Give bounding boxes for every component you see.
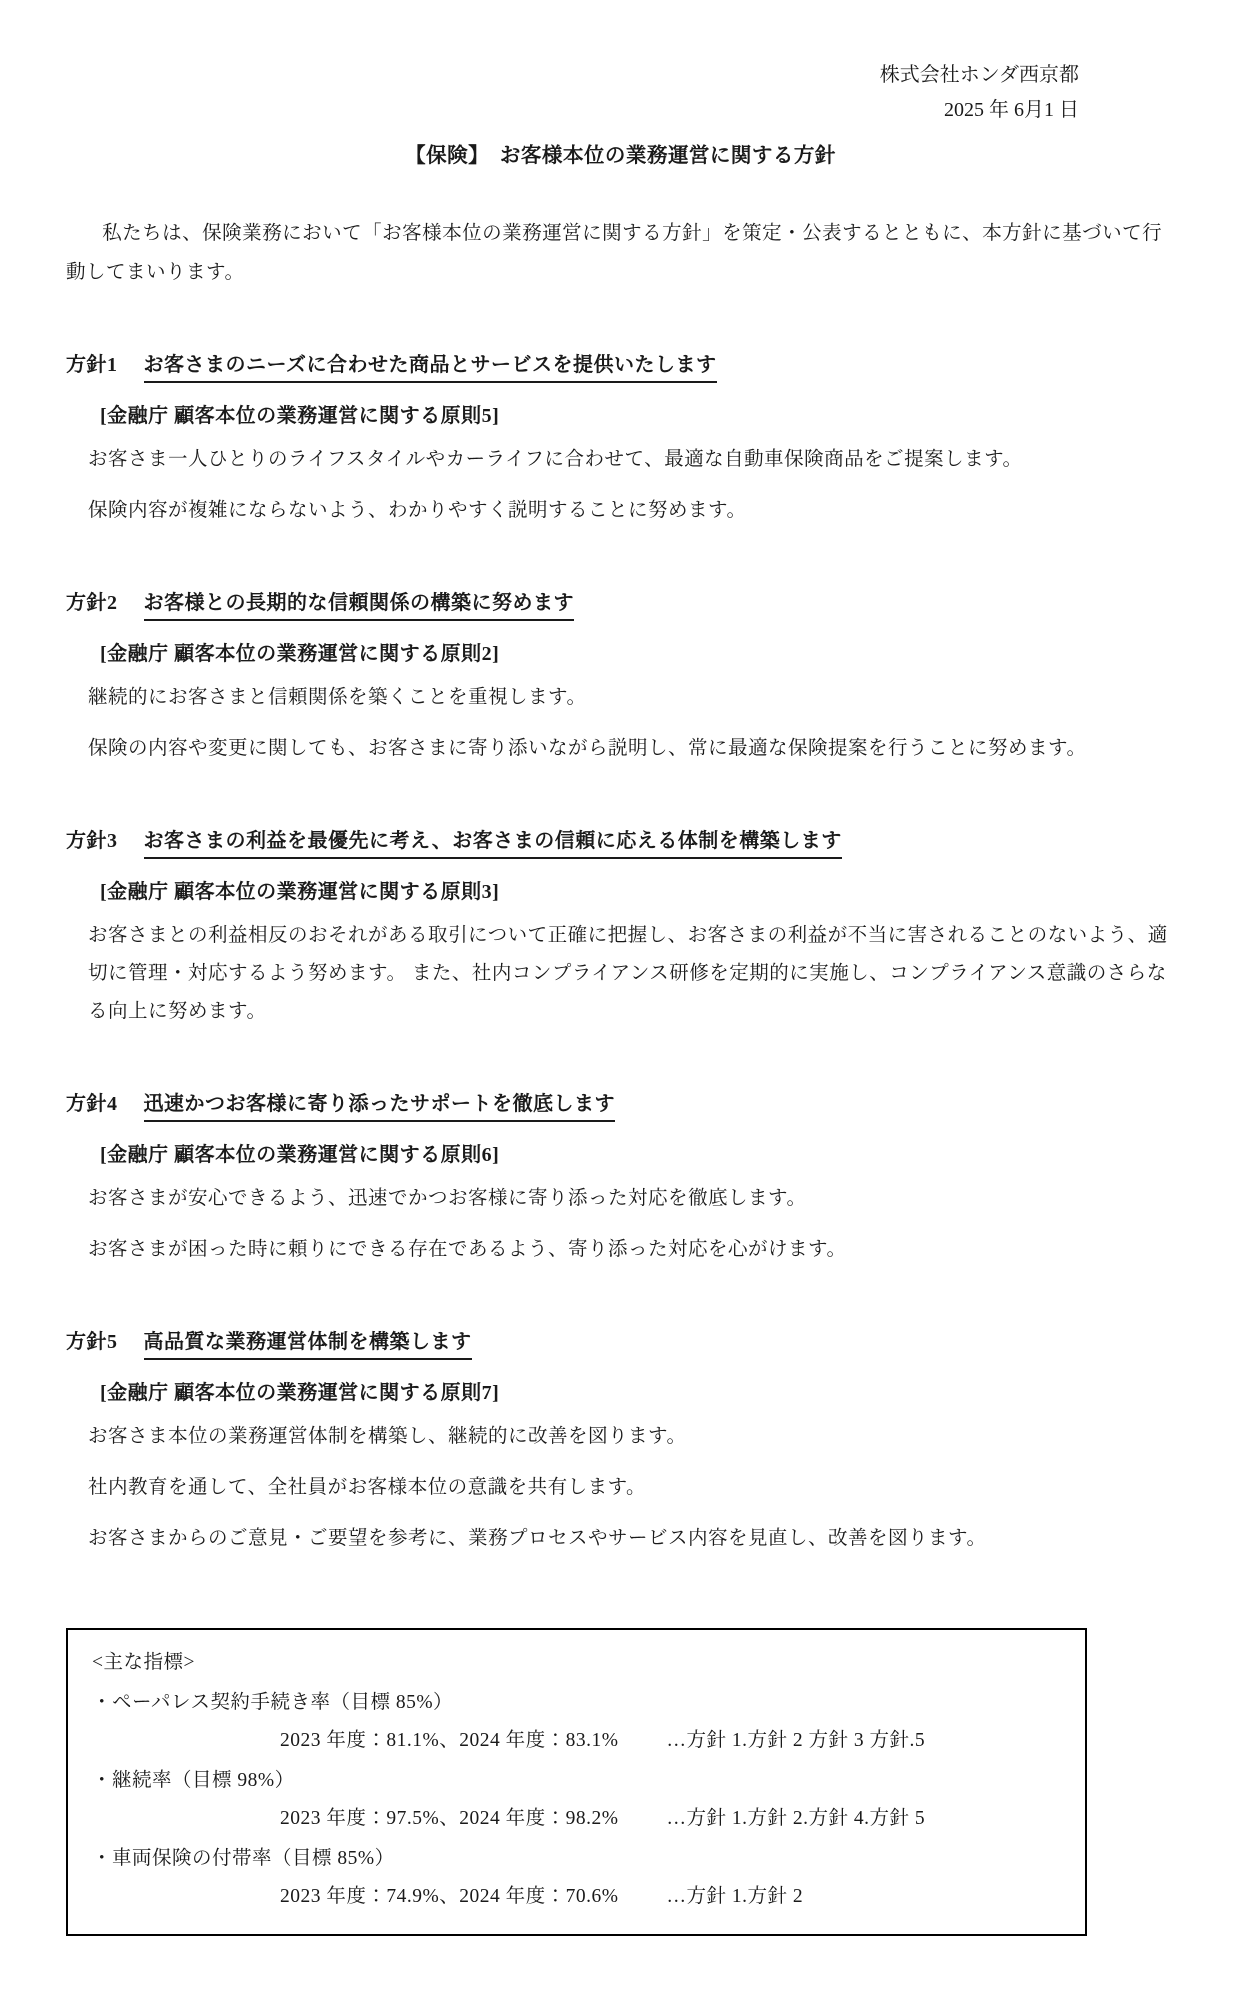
section-body-line: お客さまとの利益相反のおそれがある取引について正確に把握し、お客さまの利益が不当… [88, 917, 1175, 1031]
section-label: 方針1 [66, 348, 118, 377]
indicator-name: ・継続率（目標 98%） [92, 1764, 1061, 1792]
section-heading: 迅速かつお客様に寄り添ったサポートを徹底します [144, 1087, 616, 1122]
section-heading: 高品質な業務運営体制を構築します [144, 1325, 472, 1360]
indicator-values-line: 2023 年度：97.5%、2024 年度：98.2%…方針 1.方針 2.方針… [92, 1802, 1061, 1830]
section-heading: お客様との長期的な信頼関係の構築に努めます [144, 586, 575, 621]
section-head: 方針5高品質な業務運営体制を構築します [66, 1325, 1175, 1360]
indicators-box: <主な指標> ・ペーパレス契約手続き率（目標 85%） 2023 年度：81.1… [66, 1628, 1087, 1936]
section-body: 継続的にお客さまと信頼関係を築くことを重視します。 保険の内容や変更に関しても、… [66, 679, 1175, 768]
indicator-values: 2023 年度：74.9%、2024 年度：70.6% [280, 1886, 619, 1907]
indicators-title: <主な指標> [92, 1646, 1061, 1674]
section-head: 方針2お客様との長期的な信頼関係の構築に努めます [66, 586, 1175, 621]
indicator-policies: …方針 1.方針 2 [667, 1880, 804, 1908]
policy-section-4: 方針4迅速かつお客様に寄り添ったサポートを徹底します [金融庁 顧客本位の業務運… [66, 1087, 1175, 1269]
section-principle: [金融庁 顧客本位の業務運営に関する原則5] [66, 399, 1175, 428]
indicator-values-line: 2023 年度：74.9%、2024 年度：70.6%…方針 1.方針 2 [92, 1880, 1061, 1908]
document-page: 株式会社ホンダ西京都 2025 年 6月1 日 【保険】 お客様本位の業務運営に… [0, 0, 1241, 1996]
section-body-line: お客さまが困った時に頼りにできる存在であるよう、寄り添った対応を心がけます。 [88, 1231, 1175, 1269]
section-principle: [金融庁 顧客本位の業務運営に関する原則6] [66, 1138, 1175, 1167]
section-head: 方針1お客さまのニーズに合わせた商品とサービスを提供いたします [66, 348, 1175, 383]
section-heading: お客さまのニーズに合わせた商品とサービスを提供いたします [144, 348, 717, 383]
section-body-line: お客さまが安心できるよう、迅速でかつお客様に寄り添った対応を徹底します。 [88, 1180, 1175, 1218]
policy-section-3: 方針3お客さまの利益を最優先に考え、お客さまの信頼に応える体制を構築します [金… [66, 824, 1175, 1031]
indicator-policies: …方針 1.方針 2.方針 4.方針 5 [667, 1802, 926, 1830]
indicator-values: 2023 年度：81.1%、2024 年度：83.1% [280, 1730, 619, 1751]
indicator-name: ・車両保険の付帯率（目標 85%） [92, 1842, 1061, 1870]
section-body: お客さま本位の業務運営体制を構築し、継続的に改善を図ります。 社内教育を通して、… [66, 1418, 1175, 1558]
section-body: お客さま一人ひとりのライフスタイルやカーライフに合わせて、最適な自動車保険商品を… [66, 441, 1175, 530]
section-principle: [金融庁 顧客本位の業務運営に関する原則7] [66, 1376, 1175, 1405]
section-head: 方針3お客さまの利益を最優先に考え、お客さまの信頼に応える体制を構築します [66, 824, 1175, 859]
section-head: 方針4迅速かつお客様に寄り添ったサポートを徹底します [66, 1087, 1175, 1122]
section-body-line: 社内教育を通して、全社員がお客様本位の意識を共有します。 [88, 1469, 1175, 1507]
section-principle: [金融庁 顧客本位の業務運営に関する原則2] [66, 637, 1175, 666]
section-body-line: 保険内容が複雑にならないよう、わかりやすく説明することに努めます。 [88, 492, 1175, 530]
policy-section-5: 方針5高品質な業務運営体制を構築します [金融庁 顧客本位の業務運営に関する原則… [66, 1325, 1175, 1558]
section-body-line: お客さま本位の業務運営体制を構築し、継続的に改善を図ります。 [88, 1418, 1175, 1456]
indicator-values: 2023 年度：97.5%、2024 年度：98.2% [280, 1808, 619, 1829]
policy-section-1: 方針1お客さまのニーズに合わせた商品とサービスを提供いたします [金融庁 顧客本… [66, 348, 1175, 530]
document-date: 2025 年 6月1 日 [66, 93, 1079, 128]
section-heading: お客さまの利益を最優先に考え、お客さまの信頼に応える体制を構築します [144, 824, 842, 859]
section-body-line: 保険の内容や変更に関しても、お客さまに寄り添いながら説明し、常に最適な保険提案を… [88, 730, 1175, 768]
section-body: お客さまとの利益相反のおそれがある取引について正確に把握し、お客さまの利益が不当… [66, 917, 1175, 1031]
section-principle: [金融庁 顧客本位の業務運営に関する原則3] [66, 875, 1175, 904]
indicator-name: ・ペーパレス契約手続き率（目標 85%） [92, 1686, 1061, 1714]
company-name: 株式会社ホンダ西京都 [66, 58, 1079, 93]
section-body-line: お客さまからのご意見・ご要望を参考に、業務プロセスやサービス内容を見直し、改善を… [88, 1520, 1175, 1558]
indicator-values-line: 2023 年度：81.1%、2024 年度：83.1%…方針 1.方針 2 方針… [92, 1724, 1061, 1752]
page-title: 【保険】 お客様本位の業務運営に関する方針 [66, 138, 1175, 168]
indicator-policies: …方針 1.方針 2 方針 3 方針.5 [667, 1724, 926, 1752]
section-label: 方針3 [66, 824, 118, 853]
policy-section-2: 方針2お客様との長期的な信頼関係の構築に努めます [金融庁 顧客本位の業務運営に… [66, 586, 1175, 768]
section-label: 方針2 [66, 586, 118, 615]
document-header: 株式会社ホンダ西京都 2025 年 6月1 日 [66, 58, 1175, 128]
section-label: 方針5 [66, 1325, 118, 1354]
section-body-line: 継続的にお客さまと信頼関係を築くことを重視します。 [88, 679, 1175, 717]
intro-paragraph: 私たちは、保険業務において「お客様本位の業務運営に関する方針」を策定・公表すると… [66, 214, 1175, 292]
section-label: 方針4 [66, 1087, 118, 1116]
section-body-line: お客さま一人ひとりのライフスタイルやカーライフに合わせて、最適な自動車保険商品を… [88, 441, 1175, 479]
section-body: お客さまが安心できるよう、迅速でかつお客様に寄り添った対応を徹底します。 お客さ… [66, 1180, 1175, 1269]
